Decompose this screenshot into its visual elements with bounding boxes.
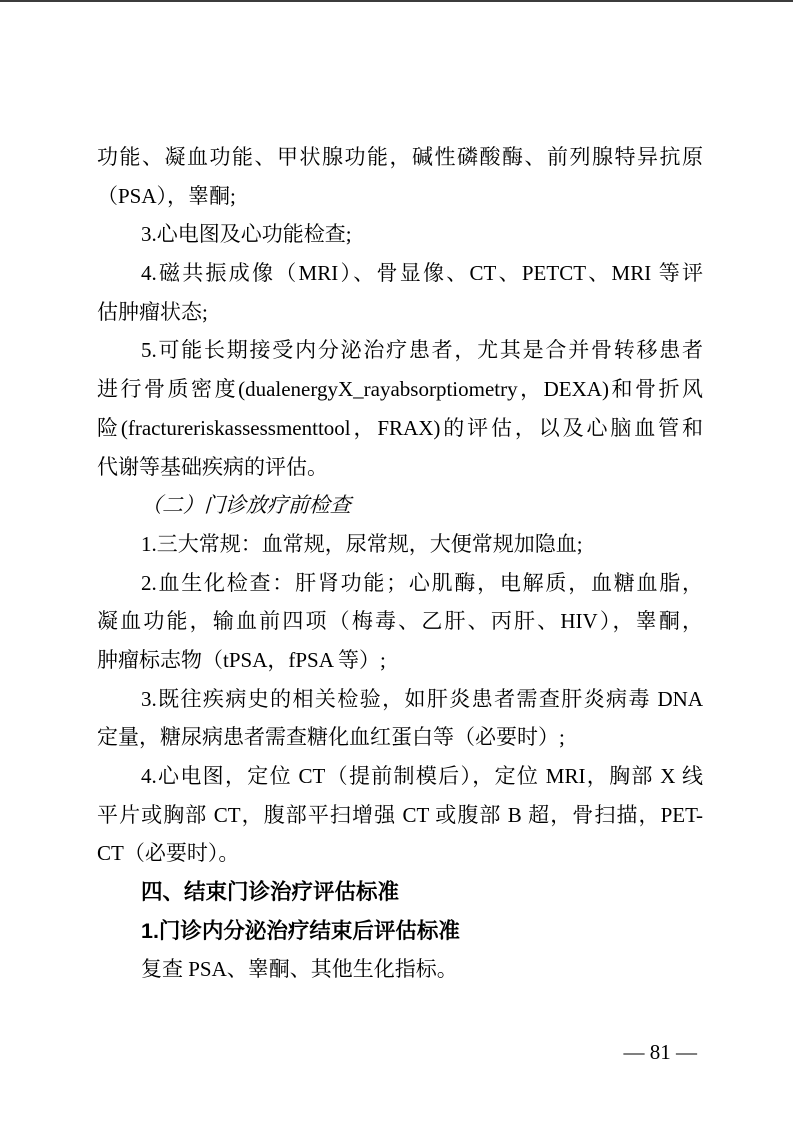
text-line: CT（必要时）。 bbox=[97, 834, 703, 873]
page-number: — 81 — bbox=[624, 1040, 698, 1064]
text-line: 5.可能长期接受内分泌治疗患者，尤其是合并骨转移患者 bbox=[97, 331, 703, 370]
text-line: （PSA），睾酮; bbox=[97, 177, 703, 216]
text-line: 1.门诊内分泌治疗结束后评估标准 bbox=[97, 912, 703, 951]
text-line: 4.磁共振成像（MRI）、骨显像、CT、PETCT、MRI 等评 bbox=[97, 254, 703, 293]
document-page: 功能、凝血功能、甲状腺功能，碱性磷酸酶、前列腺特异抗原（PSA），睾酮;3.心电… bbox=[0, 0, 793, 1122]
text-line: 估肿瘤状态; bbox=[97, 293, 703, 332]
text-line: 进行骨质密度(dualenergyX_rayabsorptiometry，DEX… bbox=[97, 370, 703, 409]
text-line: 2.血生化检查：肝肾功能；心肌酶，电解质，血糖血脂， bbox=[97, 564, 703, 603]
text-line: 功能、凝血功能、甲状腺功能，碱性磷酸酶、前列腺特异抗原 bbox=[97, 138, 703, 177]
text-line: 复查 PSA、睾酮、其他生化指标。 bbox=[97, 950, 703, 989]
text-line: 代谢等基础疾病的评估。 bbox=[97, 448, 703, 487]
document-body: 功能、凝血功能、甲状腺功能，碱性磷酸酶、前列腺特异抗原（PSA），睾酮;3.心电… bbox=[97, 138, 703, 989]
text-line: 险(fractureriskassessmenttool，FRAX)的评估，以及… bbox=[97, 409, 703, 448]
text-line: 定量，糖尿病患者需查糖化血红蛋白等（必要时）; bbox=[97, 718, 703, 757]
text-line: 肿瘤标志物（tPSA，fPSA 等）; bbox=[97, 641, 703, 680]
text-line: 平片或胸部 CT，腹部平扫增强 CT 或腹部 B 超，骨扫描，PET- bbox=[97, 796, 703, 835]
text-line: 3.心电图及心功能检查; bbox=[97, 215, 703, 254]
text-line: （二）门诊放疗前检查 bbox=[96, 486, 703, 525]
text-line: 4.心电图，定位 CT（提前制模后），定位 MRI，胸部 X 线 bbox=[97, 757, 703, 796]
text-line: 凝血功能，输血前四项（梅毒、乙肝、丙肝、HIV），睾酮， bbox=[97, 602, 703, 641]
text-line: 3.既往疾病史的相关检验，如肝炎患者需查肝炎病毒 DNA bbox=[97, 680, 703, 719]
text-line: 四、结束门诊治疗评估标准 bbox=[97, 873, 703, 912]
text-line: 1.三大常规：血常规，尿常规，大便常规加隐血; bbox=[97, 525, 703, 564]
